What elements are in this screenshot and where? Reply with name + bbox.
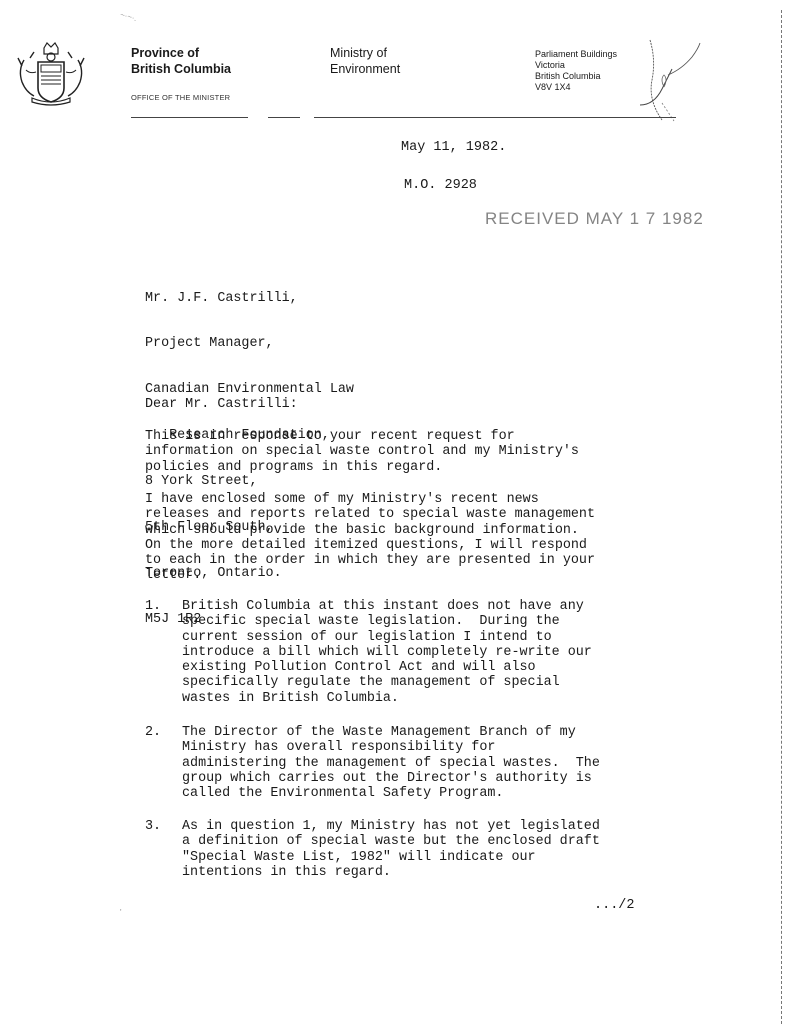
- address-line: V8V 1X4: [535, 82, 617, 93]
- ministry-address: Parliament Buildings Victoria British Co…: [535, 49, 617, 93]
- province-line-1: Province of: [131, 45, 231, 61]
- ministry-name: Ministry of Environment: [330, 45, 400, 77]
- recipient-line: Project Manager,: [145, 336, 354, 351]
- letterhead-divider: [131, 117, 676, 118]
- item-text: As in question 1, my Ministry has not ye…: [182, 819, 600, 880]
- reference-number: M.O. 2928: [404, 178, 477, 193]
- address-line: Victoria: [535, 60, 617, 71]
- item-number: 1.: [145, 599, 161, 614]
- item-text: British Columbia at this instant does no…: [182, 599, 592, 706]
- page-continuation: .../2: [594, 898, 635, 913]
- divider-gap: [248, 115, 268, 119]
- ministry-line-1: Ministry of: [330, 45, 400, 61]
- address-line: British Columbia: [535, 71, 617, 82]
- handwritten-mark-icon: [640, 35, 720, 125]
- coat-of-arms-icon: [14, 40, 88, 106]
- province-line-2: British Columbia: [131, 61, 231, 77]
- office-of-minister: OFFICE OF THE MINISTER: [131, 93, 230, 102]
- recipient-line: 8 York Street,: [145, 474, 354, 489]
- item-text: The Director of the Waste Management Bra…: [182, 725, 600, 801]
- salutation: Dear Mr. Castrilli:: [145, 397, 298, 412]
- scan-artifact-marks: ~·~·.: [119, 10, 138, 23]
- item-number: 2.: [145, 725, 161, 740]
- numbered-item: 3. As in question 1, my Ministry has not…: [145, 819, 161, 865]
- scan-artifact-mark: ': [120, 908, 122, 917]
- numbered-item: 2. The Director of the Waste Management …: [145, 725, 161, 771]
- letter-date: May 11, 1982.: [401, 140, 506, 155]
- item-number: 3.: [145, 819, 161, 834]
- received-stamp: RECEIVED MAY 1 7 1982: [485, 209, 704, 229]
- ministry-line-2: Environment: [330, 61, 400, 77]
- recipient-line: Mr. J.F. Castrilli,: [145, 291, 354, 306]
- province-name: Province of British Columbia: [131, 45, 231, 77]
- recipient-line: Canadian Environmental Law: [145, 382, 354, 397]
- address-line: Parliament Buildings: [535, 49, 617, 60]
- body-paragraph: I have enclosed some of my Ministry's re…: [145, 492, 595, 584]
- divider-gap: [300, 115, 314, 119]
- numbered-item: 1. British Columbia at this instant does…: [145, 599, 161, 645]
- page-edge-border: [781, 10, 782, 1024]
- body-paragraph: This is in response to your recent reque…: [145, 429, 579, 475]
